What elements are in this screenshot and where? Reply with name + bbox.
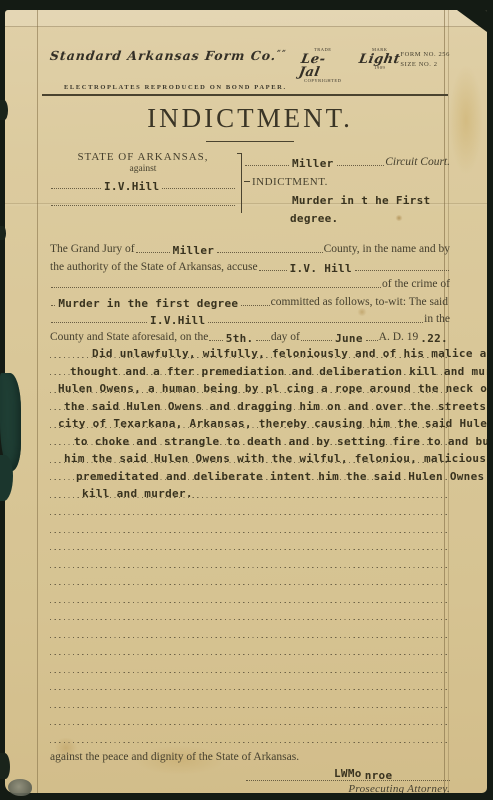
- county-typed: Miller: [171, 244, 217, 257]
- accused-typed: I.V. Hill: [288, 262, 354, 275]
- blank-line: [50, 501, 450, 519]
- blank-line: [50, 589, 450, 607]
- indictment-label: INDICTMENT.: [252, 176, 328, 188]
- charge-typed: Murder in t he First degree.: [290, 194, 430, 225]
- typed-line: Did unlawfully, wilfully, feloniously an…: [50, 344, 450, 362]
- typed-line: thought and a fter premediation and deli…: [50, 361, 450, 379]
- blank-ruled-lines: [50, 501, 450, 746]
- accused-typed: I.V.Hill: [148, 314, 207, 327]
- typed-line: city of Texarkana, Arkansas, thereby cau…: [50, 414, 450, 432]
- prosecutor-signature-typed-offset: nroe: [363, 769, 395, 782]
- prosecuting-attorney-label: Prosecuting Attorney.: [246, 783, 450, 793]
- dotted-leader: [217, 251, 322, 253]
- form-number: FORM NO. 256: [400, 50, 450, 60]
- light-logo: Light: [358, 53, 401, 66]
- printer-brand: Standard Arkansas Form Co.””: [49, 48, 287, 63]
- form-line: The Grand Jury of Miller County, in the …: [50, 239, 450, 257]
- light-trademark: MARK Light 1909: [359, 48, 400, 70]
- blank-line: [50, 711, 450, 729]
- document-title: INDICTMENT.: [50, 103, 450, 134]
- dotted-leader: [136, 251, 170, 253]
- prosecutor-signature-typed: LWMo: [332, 767, 364, 780]
- label-dash: [244, 181, 250, 182]
- crime-typed: Murder in the first degree: [56, 297, 240, 310]
- printed-text: of the crime of: [382, 278, 450, 291]
- header-rule: [42, 94, 448, 96]
- dotted-leader: [366, 339, 378, 341]
- indictment-label-row: INDICTMENT.: [244, 176, 450, 188]
- dotted-leader: [51, 321, 147, 323]
- printed-text: day of: [271, 331, 300, 344]
- dotted-leader: [51, 286, 381, 288]
- typed-line: Hulen Owens, a human being by pl cing a …: [50, 379, 450, 397]
- dotted-leader: [337, 164, 385, 166]
- caption-divider: [241, 153, 242, 213]
- typed-line: him the said Hulen Owens with the wilful…: [50, 449, 450, 467]
- electroplates-note: ELECTROPLATES REPRODUCED ON BOND PAPER.: [64, 84, 450, 91]
- lejal-trademark: TRADE Le-Jal COPYRIGHTED: [300, 48, 345, 83]
- lejal-logo: Le-Jal: [298, 53, 347, 79]
- circuit-court-label: Circuit Court.: [385, 156, 450, 169]
- dotted-leader: [51, 304, 55, 306]
- defendant-name-typed: I.V.Hill: [102, 180, 161, 193]
- typed-line: the said Hulen Owens and dragging him on…: [50, 396, 450, 414]
- defendant-line: I.V.Hill: [50, 174, 236, 192]
- dotted-leader: [245, 164, 289, 166]
- blank-caption-line: [50, 192, 236, 210]
- printed-text: County and State aforesaid, on the: [50, 331, 208, 344]
- case-caption: STATE OF ARKANSAS, against I.V.Hill Mill…: [50, 151, 450, 226]
- form-line: of the crime of: [50, 274, 450, 292]
- printed-text: in the: [424, 313, 450, 326]
- printed-text: the authority of the State of Arkansas, …: [50, 261, 258, 274]
- blank-line: [50, 641, 450, 659]
- blank-line: [50, 519, 450, 537]
- dotted-leader: [208, 321, 423, 323]
- typed-paragraph: Did unlawfully, wilfully, feloniously an…: [50, 344, 450, 502]
- dotted-leader: [241, 304, 269, 306]
- typed-line: premeditated and deliberate intent him t…: [50, 466, 450, 484]
- blank-line: [50, 729, 450, 747]
- document-content: Standard Arkansas Form Co.”” TRADE Le-Ja…: [50, 10, 450, 793]
- typed-line: kill and murder.: [50, 484, 450, 502]
- court-line: Miller Circuit Court.: [244, 151, 450, 169]
- typed-line: to choke and strangle to death and by se…: [50, 431, 450, 449]
- dotted-leader: [256, 339, 269, 341]
- versus-label: against: [50, 164, 236, 174]
- form-line: I.V.Hill in the: [50, 309, 450, 327]
- signature-name-row: LWMonroe: [246, 765, 450, 779]
- blank-line: [50, 659, 450, 677]
- printed-text: The Grand Jury of: [50, 243, 135, 256]
- printed-text: A. D. 19: [379, 331, 419, 344]
- blank-line: [50, 606, 450, 624]
- dotted-leader: [209, 339, 222, 341]
- closing-clause: against the peace and dignity of the Sta…: [50, 751, 450, 763]
- title-underline: [206, 141, 294, 142]
- form-line: Murder in the first degree committed as …: [50, 291, 450, 309]
- caption-parties: STATE OF ARKANSAS, against I.V.Hill: [50, 151, 236, 226]
- blank-line: [50, 624, 450, 642]
- paper-sheet: Standard Arkansas Form Co.”” TRADE Le-Ja…: [5, 10, 487, 793]
- form-line: County and State aforesaid, on the 5th. …: [50, 326, 450, 344]
- blank-line: [50, 676, 450, 694]
- blank-line: [50, 571, 450, 589]
- county-typed: Miller: [290, 157, 336, 170]
- printed-text: County, in the name and by: [324, 243, 450, 256]
- dotted-leader: [162, 187, 235, 189]
- scanned-indictment-document: { "colors": { "paper": "#d9c798", "ink":…: [0, 0, 493, 800]
- dotted-leader: [51, 187, 101, 189]
- caption-court: Miller Circuit Court. INDICTMENT. Murder…: [236, 151, 450, 226]
- printed-text: committed as follows, to-wit: The said: [271, 296, 448, 309]
- signature-block: LWMonroe Prosecuting Attorney.: [246, 765, 450, 793]
- blank-line: [50, 554, 450, 572]
- form-line: the authority of the State of Arkansas, …: [50, 256, 450, 274]
- brand-quote-mark: ””: [276, 48, 287, 57]
- dotted-leader: [301, 339, 332, 341]
- blank-line: [50, 694, 450, 712]
- indictment-body: The Grand Jury of Miller County, in the …: [50, 239, 450, 747]
- blank-line: [50, 536, 450, 554]
- plaintiff-label: STATE OF ARKANSAS,: [50, 151, 236, 163]
- left-margin-rule: [37, 10, 38, 793]
- dotted-leader: [51, 204, 235, 206]
- form-header: Standard Arkansas Form Co.”” TRADE Le-Ja…: [50, 48, 450, 83]
- paper-stain: [449, 65, 483, 175]
- size-number: SIZE NO. 2: [400, 60, 450, 70]
- charge-line: Murder in t he First degree.: [244, 190, 450, 226]
- dotted-leader: [355, 269, 449, 271]
- dotted-leader: [259, 269, 287, 271]
- form-number-box: FORM NO. 256 SIZE NO. 2: [400, 48, 450, 70]
